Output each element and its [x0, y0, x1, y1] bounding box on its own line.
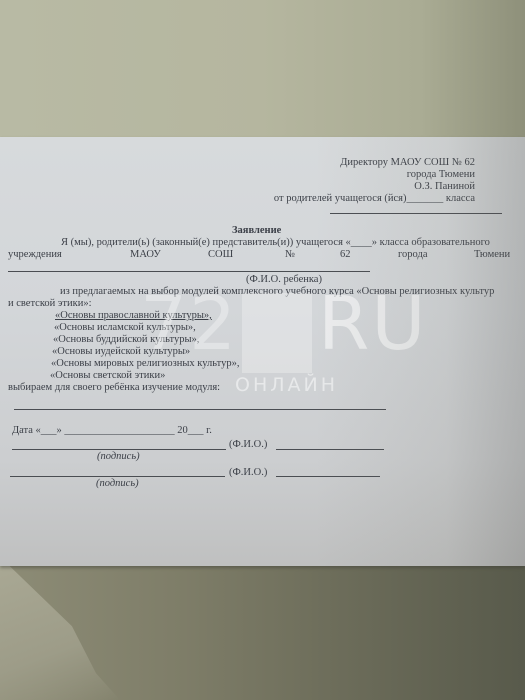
intro-word-maou: МАОУ — [130, 249, 161, 261]
date-field[interactable]: Дата «___» _____________________ 20___ г… — [12, 425, 212, 437]
signature-line-2[interactable] — [10, 476, 225, 477]
addressee-line-2: города Тюмени — [407, 169, 475, 181]
offer-text-line-2: и светской этики»: — [8, 298, 92, 310]
chosen-module-line — [14, 409, 386, 410]
child-name-caption: (Ф.И.О. ребенка) — [246, 274, 322, 286]
parents-name-line — [330, 213, 502, 214]
document-title: Заявление — [232, 225, 281, 237]
module-option-judaic[interactable]: «Основы иудейской культуры» — [52, 346, 190, 358]
addressee-line-3: О.З. Паниной — [414, 181, 475, 193]
watermark-tagline: ОНЛАЙН — [235, 374, 338, 396]
intro-line-1: Я (мы), родители(ь) (законный(е) предста… — [61, 237, 490, 249]
watermark-logo-suffix: RU — [318, 287, 428, 361]
module-option-islamic[interactable]: «Основы исламской культуры», — [54, 322, 196, 334]
module-option-world-religions[interactable]: «Основы мировых религиозных культур», — [51, 358, 240, 370]
intro-word-number-sign: № — [285, 249, 295, 261]
intro-word-institution: учреждения — [8, 249, 62, 261]
fio-line-1[interactable] — [276, 449, 384, 450]
signature-line-1[interactable] — [12, 449, 226, 450]
module-option-orthodox[interactable]: «Основы православной культуры», — [55, 310, 212, 322]
signature-caption-1: (подпись) — [97, 451, 140, 463]
intro-word-school-number: 62 — [340, 249, 351, 261]
addressee-line-1: Директору МАОУ СОШ № 62 — [340, 157, 475, 169]
application-form-paper: Директору МАОУ СОШ № 62 города Тюмени О.… — [0, 137, 525, 566]
module-option-buddhist[interactable]: «Основы буддийской культуры», — [53, 334, 199, 346]
choose-module-text: выбираем для своего ребёнка изучение мод… — [8, 382, 220, 394]
fio-label-2: (Ф.И.О.) — [229, 467, 267, 479]
child-name-line — [8, 271, 370, 272]
signature-caption-2: (подпись) — [96, 478, 139, 490]
fio-label-1: (Ф.И.О.) — [229, 439, 267, 451]
fio-line-2[interactable] — [276, 476, 380, 477]
intro-word-city-name: Тюмени — [474, 249, 510, 261]
wall-background — [0, 0, 525, 137]
addressee-line-4: от родителей учащегося (йся)_______ клас… — [274, 193, 475, 205]
intro-word-sosh: СОШ — [208, 249, 233, 261]
module-option-secular-ethics[interactable]: «Основы светской этики» — [50, 370, 165, 382]
watermark-logo-block — [242, 293, 312, 373]
intro-word-city: города — [398, 249, 428, 261]
